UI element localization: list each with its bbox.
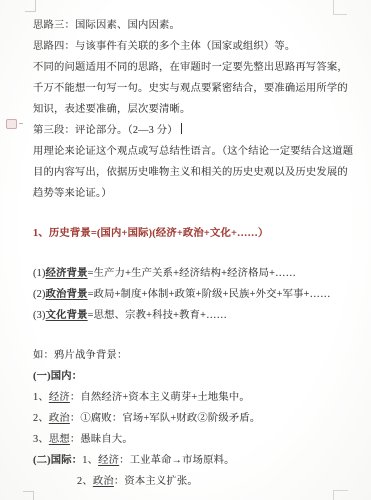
text-segment: 第三段：评论部分。（2—3 分） [33,125,178,136]
text-boundary-mark-top-right [333,0,347,15]
line-domestic-politics: 2、政治：①腐败：官场+军队+财政②阶级矛盾。 [33,408,363,429]
comment-marker-dash [19,123,23,124]
text-segment: 如：鸦片战争背景： [33,350,127,361]
comment-marker-box [6,119,17,129]
text-segment: ：自然经济+资本主义萌芽+土地集中。 [70,392,250,403]
text-segment: 用理论来论证这个观点或写总结性语言。（这个结论一定要结合这道题 [33,146,353,157]
line-comment-2: 目的内容写出，依据历史唯物主义和相关的历史史观以及历史发展的 [33,162,363,183]
line-domestic-economy: 1、经济：自然经济+资本主义萌芽+土地集中。 [33,387,363,408]
text-boundary-mark-bottom-left [23,491,34,500]
text-segment: 经济背景 [46,268,88,279]
text-segment: 目的内容写出，依据历史唯物主义和相关的历史史观以及历史发展的 [33,167,348,178]
text-segment: 经济 [49,392,70,403]
line-silu-4: 思路四：与该事件有关联的多个主体（国家或组织）等。 [33,36,363,57]
text-segment: ：①腐败：官场+军队+财政②阶级矛盾。 [70,413,260,424]
text-segment: 不同的问题适用不同的思路，在审题时一定要先整出思路再写答案， [33,62,348,73]
text-segment: 2、 [77,476,93,487]
text-segment: (一)国内： [33,371,82,382]
line-silu-3: 思路三：国际因素、国内因素。 [33,15,363,36]
blank-line [33,326,363,345]
text-segment: ：工业革命→市场原料。 [119,455,234,466]
text-segment: 经济 [98,455,119,466]
line-advice-2: 千万不能想一句写一句。史实与观点要紧密结合，要准确运用所学的 [33,78,363,99]
text-caret [181,123,182,134]
text-boundary-mark-top-left [25,0,36,12]
text-segment: ：愚昧自大。 [70,434,133,445]
text-segment: 政治背景 [46,289,88,300]
text-segment: =思想、宗教+科技+教育+…… [88,310,228,321]
text-segment: 思路四：与该事件有关联的多个主体（国家或组织）等。 [33,41,295,52]
text-segment: (二)国际： [33,455,82,466]
line-advice-3: 知识，表述要准确，层次要清晰。 [33,99,363,120]
text-segment: 1、历史背景=(国内+国际)(经济+政治+文化+……） [33,228,269,239]
line-international-economy: (二)国际：1、经济：工业革命→市场原料。 [33,450,363,471]
line-example-title: 如：鸦片战争背景： [33,345,363,366]
line-heading-background: 1、历史背景=(国内+国际)(经济+政治+文化+……） [33,223,363,244]
text-segment: 政治 [93,476,114,487]
text-segment: 1、 [33,392,49,403]
text-segment: 思路三：国际因素、国内因素。 [33,20,180,31]
line-economic-bg: (1)经济背景=生产力+生产关系+经济结构+经济格局+…… [33,263,363,284]
text-segment: 思想 [49,434,70,445]
blank-line [33,204,363,223]
line-comment-1: 用理论来论证这个观点或写总结性语言。（这个结论一定要结合这道题 [33,141,363,162]
line-cultural-bg: (3)文化背景=思想、宗教+科技+教育+…… [33,305,363,326]
text-segment: 3、 [33,434,49,445]
line-domestic-title: (一)国内： [33,366,363,387]
line-domestic-thought: 3、思想：愚昧自大。 [33,429,363,450]
text-segment: 知识，表述要准确，层次要清晰。 [33,104,190,115]
text-segment: (2) [33,289,46,300]
line-international-politics: 2、政治：资本主义扩张。 [33,471,363,492]
text-segment: =生产力+生产关系+经济结构+经济格局+…… [88,268,296,279]
line-comment-3: 趋势等来论证。） [33,183,363,204]
text-segment: (1) [33,268,46,279]
document-body: 思路三：国际因素、国内因素。思路四：与该事件有关联的多个主体（国家或组织）等。不… [33,15,363,492]
text-segment: ：资本主义扩张。 [114,476,198,487]
text-segment: 政治 [49,413,70,424]
text-segment: (3) [33,310,46,321]
text-segment: 文化背景 [46,310,88,321]
text-segment: =政局+制度+体制+政策+阶级+民族+外交+军事+…… [88,289,331,300]
line-advice-1: 不同的问题适用不同的思路，在审题时一定要先整出思路再写答案， [33,57,363,78]
text-segment: 1、 [82,455,98,466]
text-segment: 千万不能想一句写一句。史实与观点要紧密结合，要准确运用所学的 [33,83,348,94]
text-segment: 2、 [33,413,49,424]
text-segment: 趋势等来论证。） [33,188,112,199]
line-section-3: 第三段：评论部分。（2—3 分） [33,120,363,141]
line-political-bg: (2)政治背景=政局+制度+体制+政策+阶级+民族+外交+军事+…… [33,284,363,305]
document-page: 思路三：国际因素、国内因素。思路四：与该事件有关联的多个主体（国家或组织）等。不… [0,0,371,500]
comment-marker-icon[interactable] [6,119,24,128]
blank-line [33,244,363,263]
